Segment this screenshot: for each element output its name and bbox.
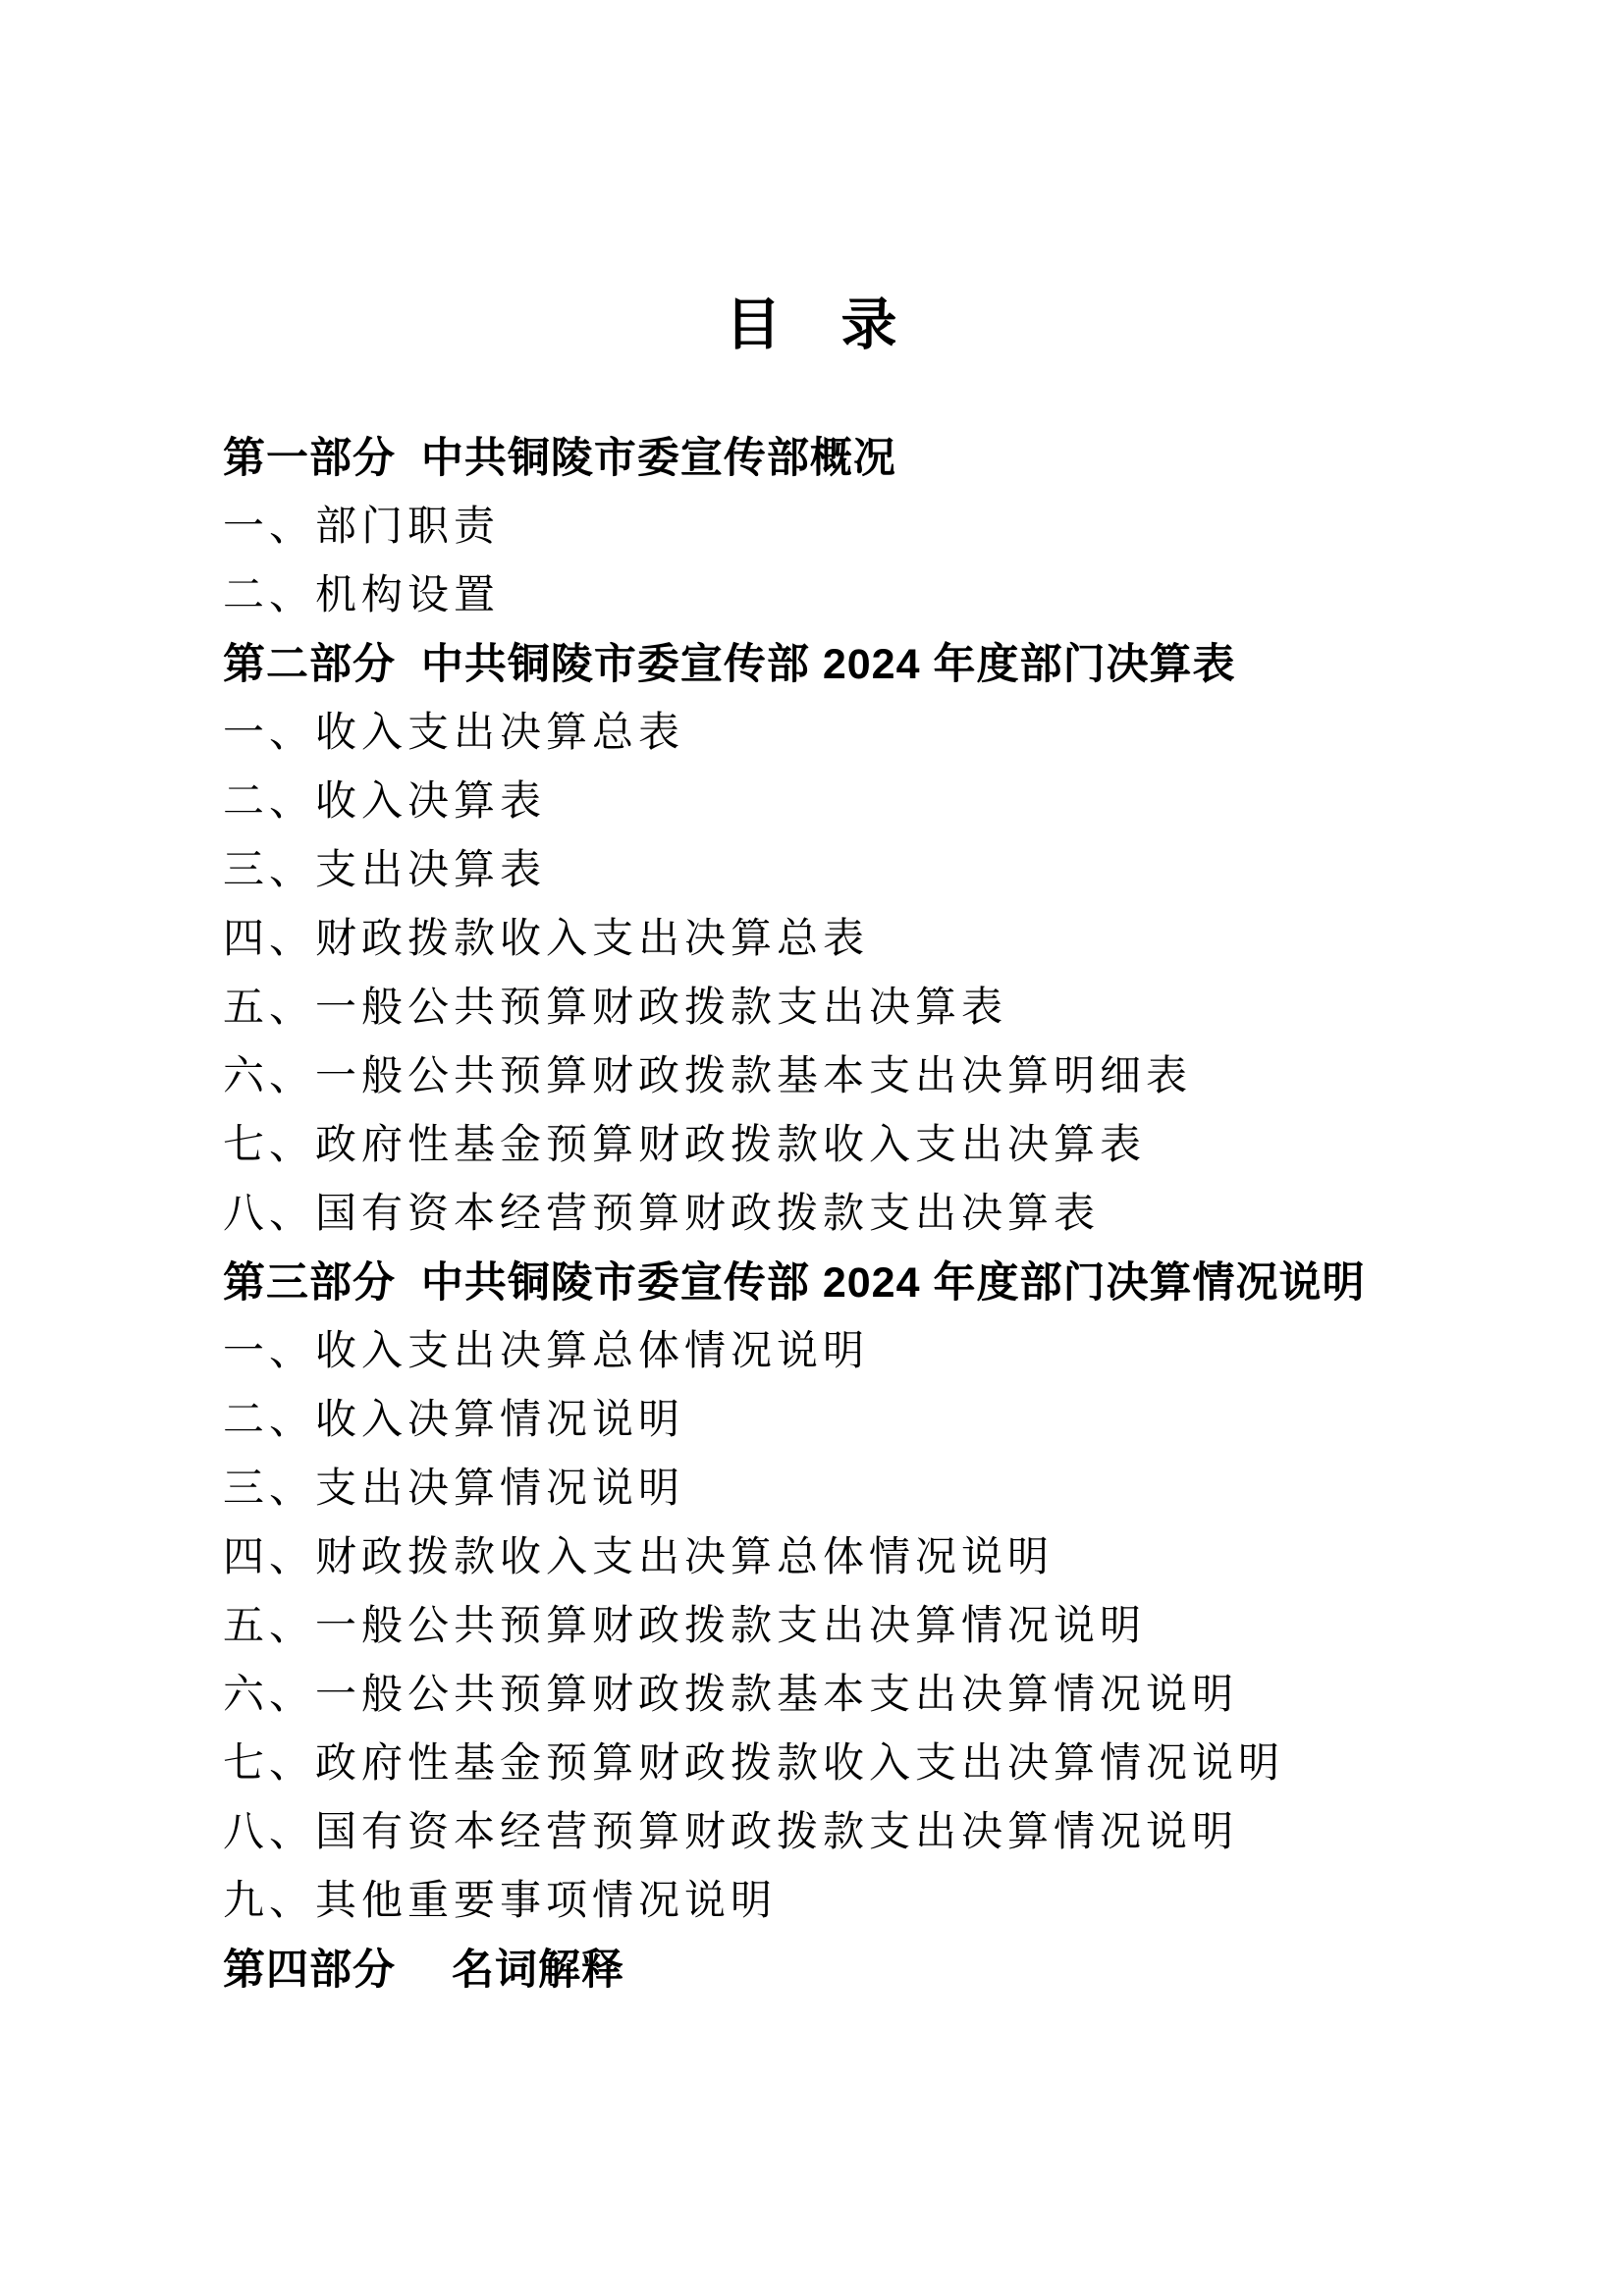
toc-item: 八、国有资本经营预算财政拨款支出决算情况说明 — [223, 1798, 1565, 1867]
toc-item: 二、收入决算情况说明 — [223, 1386, 1565, 1455]
document-page: 目 录 第一部分 中共铜陵市委宣传部概况一、部门职责二、机构设置第二部分 中共铜… — [0, 0, 1624, 2296]
toc-item: 二、收入决算表 — [223, 768, 1565, 836]
toc-item: 四、财政拨款收入支出决算总体情况说明 — [223, 1523, 1565, 1592]
toc-item: 五、一般公共预算财政拨款支出决算情况说明 — [223, 1592, 1565, 1661]
toc-item: 四、财政拨款收入支出决算总表 — [223, 905, 1565, 974]
toc-item: 二、机构设置 — [223, 561, 1565, 630]
toc-item: 八、国有资本经营预算财政拨款支出决算表 — [223, 1180, 1565, 1249]
toc-item: 一、收入支出决算总表 — [223, 699, 1565, 768]
table-of-contents: 第一部分 中共铜陵市委宣传部概况一、部门职责二、机构设置第二部分 中共铜陵市委宣… — [223, 424, 1565, 2004]
toc-section-heading-4: 第四部分 名词解释 — [223, 1936, 1565, 2004]
toc-item: 九、其他重要事项情况说明 — [223, 1867, 1565, 1936]
toc-item: 七、政府性基金预算财政拨款收入支出决算表 — [223, 1111, 1565, 1180]
toc-item: 三、支出决算表 — [223, 836, 1565, 905]
toc-section-heading-2: 第二部分 中共铜陵市委宣传部 2024 年度部门决算表 — [223, 630, 1565, 699]
page-title: 目 录 — [0, 293, 1624, 357]
toc-item: 一、收入支出决算总体情况说明 — [223, 1317, 1565, 1386]
toc-section-heading-1: 第一部分 中共铜陵市委宣传部概况 — [223, 424, 1565, 493]
toc-item: 一、部门职责 — [223, 493, 1565, 561]
toc-item: 七、政府性基金预算财政拨款收入支出决算情况说明 — [223, 1730, 1565, 1798]
toc-item: 六、一般公共预算财政拨款基本支出决算明细表 — [223, 1042, 1565, 1111]
toc-item: 三、支出决算情况说明 — [223, 1455, 1565, 1523]
toc-section-heading-3: 第三部分 中共铜陵市委宣传部 2024 年度部门决算情况说明 — [223, 1249, 1565, 1317]
toc-item: 五、一般公共预算财政拨款支出决算表 — [223, 974, 1565, 1042]
toc-item: 六、一般公共预算财政拨款基本支出决算情况说明 — [223, 1661, 1565, 1730]
